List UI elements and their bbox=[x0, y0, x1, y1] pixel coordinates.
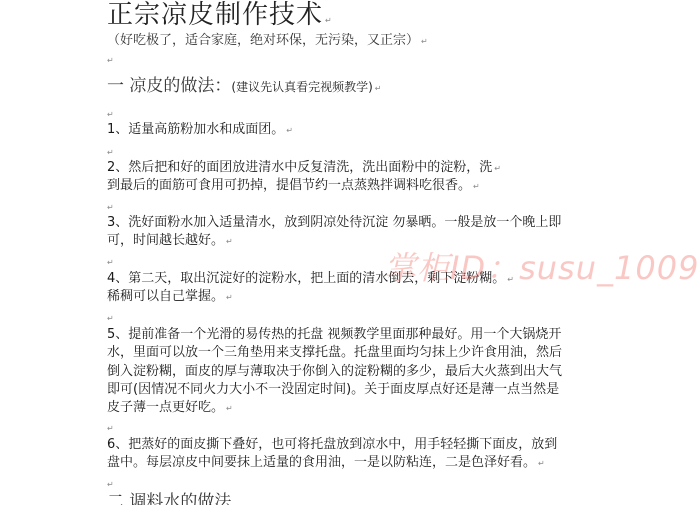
step-5-line-1: 5、提前准备一个光滑的易传热的托盘 视频教学里面那种最好。用一个大锅烧开 bbox=[107, 327, 561, 343]
step-5-line-5: 皮子薄一点更好吃。↵ bbox=[107, 400, 233, 417]
paragraph-mark-icon: ↵ bbox=[325, 16, 333, 25]
document-subtitle-text: （好吃极了，适合家庭，绝对环保，无污染，又正宗） bbox=[107, 33, 419, 48]
document-subtitle: （好吃极了，适合家庭，绝对环保，无污染，又正宗）↵ bbox=[107, 33, 428, 50]
step-text: 6、把蒸好的面皮撕下叠好，也可将托盘放到凉水中，用手轻轻撕下面皮，放到 bbox=[107, 437, 557, 452]
section-heading-1: 一 凉皮的做法：(建议先认真看完视频教学)↵ bbox=[107, 78, 381, 97]
step-5-line-2: 水，里面可以放一个三角垫用来支撑托盘。托盘里面均匀抹上少许食用油，然后 bbox=[107, 345, 562, 361]
step-text: 3、洗好面粉水加入适量清水，放到阴凉处待沉淀 勿暴晒。一般是放一个晚上即 bbox=[107, 215, 561, 230]
paragraph-mark-icon: ↵ bbox=[507, 275, 514, 284]
step-4-line-2: 稀稠可以自己掌握。↵ bbox=[107, 289, 233, 306]
step-2-line-2: 到最后的面筋可食用可扔掉，提倡节约一点蒸熟拌调料吃很香。↵ bbox=[107, 178, 480, 195]
paragraph-mark-icon: ↵ bbox=[226, 293, 233, 302]
paragraph-mark-icon: ↵ bbox=[107, 258, 114, 268]
step-text: 盘中。每层凉皮中间要抹上适量的食用油，一是以防粘连，二是色泽好看。 bbox=[107, 455, 536, 470]
document-title-text: 正宗凉皮制作技术 bbox=[107, 0, 323, 30]
paragraph-mark-icon: ↵ bbox=[107, 203, 114, 213]
paragraph-mark-icon: ↵ bbox=[473, 182, 480, 191]
paragraph-mark-icon: ↵ bbox=[107, 56, 114, 66]
section-heading-text: 一 凉皮的做法： bbox=[107, 76, 231, 96]
paragraph-mark-icon: ↵ bbox=[107, 148, 114, 158]
step-3-line-1: 3、洗好面粉水加入适量清水，放到阴凉处待沉淀 勿暴晒。一般是放一个晚上即 bbox=[107, 215, 561, 231]
step-2-line-1: 2、然后把和好的面团放进清水中反复清洗，洗出面粉中的淀粉，洗↵ bbox=[107, 160, 501, 177]
paragraph-mark-icon: ↵ bbox=[107, 110, 114, 120]
step-6-line-1: 6、把蒸好的面皮撕下叠好，也可将托盘放到凉水中，用手轻轻撕下面皮，放到 bbox=[107, 437, 557, 453]
document-title: 正宗凉皮制作技术↵ bbox=[107, 0, 333, 36]
paragraph-mark-icon: ↵ bbox=[107, 314, 114, 324]
paragraph-mark-icon: ↵ bbox=[286, 126, 293, 135]
step-3-line-2: 可，时间越长越好。↵ bbox=[107, 233, 233, 250]
paragraph-mark-icon: ↵ bbox=[107, 424, 114, 434]
step-text: 1、适量高筋粉加水和成面团。 bbox=[107, 122, 284, 137]
step-text: 可，时间越长越好。 bbox=[107, 233, 224, 248]
step-text: 水，里面可以放一个三角垫用来支撑托盘。托盘里面均匀抹上少许食用油，然后 bbox=[107, 345, 562, 360]
section-heading-2: 二 调料水的做法 bbox=[107, 494, 231, 505]
section-heading-note: (建议先认真看完视频教学) bbox=[231, 80, 372, 94]
paragraph-mark-icon: ↵ bbox=[421, 37, 428, 46]
paragraph-mark-icon: ↵ bbox=[494, 164, 501, 173]
paragraph-mark-icon: ↵ bbox=[226, 237, 233, 246]
step-text: 皮子薄一点更好吃。 bbox=[107, 400, 224, 415]
step-text: 到最后的面筋可食用可扔掉，提倡节约一点蒸熟拌调料吃很香。 bbox=[107, 178, 471, 193]
paragraph-mark-icon: ↵ bbox=[226, 404, 233, 413]
step-4-line-1: 4、第二天，取出沉淀好的淀粉水，把上面的清水倒去，剩下淀粉糊。↵ bbox=[107, 271, 514, 288]
step-text: 倒入淀粉糊，面皮的厚与薄取决于你倒入的淀粉糊的多少，最后大火蒸到出大气 bbox=[107, 364, 562, 379]
step-5-line-4: 即可(因情况不同火力大小不一没固定时间)。关于面皮厚点好还是薄一点当然是 bbox=[107, 382, 559, 398]
step-6-line-2: 盘中。每层凉皮中间要抹上适量的食用油，一是以防粘连，二是色泽好看。↵ bbox=[107, 455, 545, 472]
step-text: 2、然后把和好的面团放进清水中反复清洗，洗出面粉中的淀粉，洗 bbox=[107, 160, 492, 175]
step-text: 5、提前准备一个光滑的易传热的托盘 视频教学里面那种最好。用一个大锅烧开 bbox=[107, 327, 561, 342]
paragraph-mark-icon: ↵ bbox=[538, 459, 545, 468]
step-text: 即可(因情况不同火力大小不一没固定时间)。关于面皮厚点好还是薄一点当然是 bbox=[107, 382, 559, 397]
document-page: 正宗凉皮制作技术↵ （好吃极了，适合家庭，绝对环保，无污染，又正宗）↵ ↵ 一 … bbox=[0, 0, 700, 505]
paragraph-mark-icon: ↵ bbox=[107, 480, 114, 490]
step-5-line-3: 倒入淀粉糊，面皮的厚与薄取决于你倒入的淀粉糊的多少，最后大火蒸到出大气 bbox=[107, 364, 562, 380]
step-text: 稀稠可以自己掌握。 bbox=[107, 289, 224, 304]
step-1-line-1: 1、适量高筋粉加水和成面团。↵ bbox=[107, 122, 293, 139]
paragraph-mark-icon: ↵ bbox=[375, 84, 382, 93]
section-heading-text: 二 调料水的做法 bbox=[107, 492, 231, 505]
step-text: 4、第二天，取出沉淀好的淀粉水，把上面的清水倒去，剩下淀粉糊。 bbox=[107, 271, 505, 286]
